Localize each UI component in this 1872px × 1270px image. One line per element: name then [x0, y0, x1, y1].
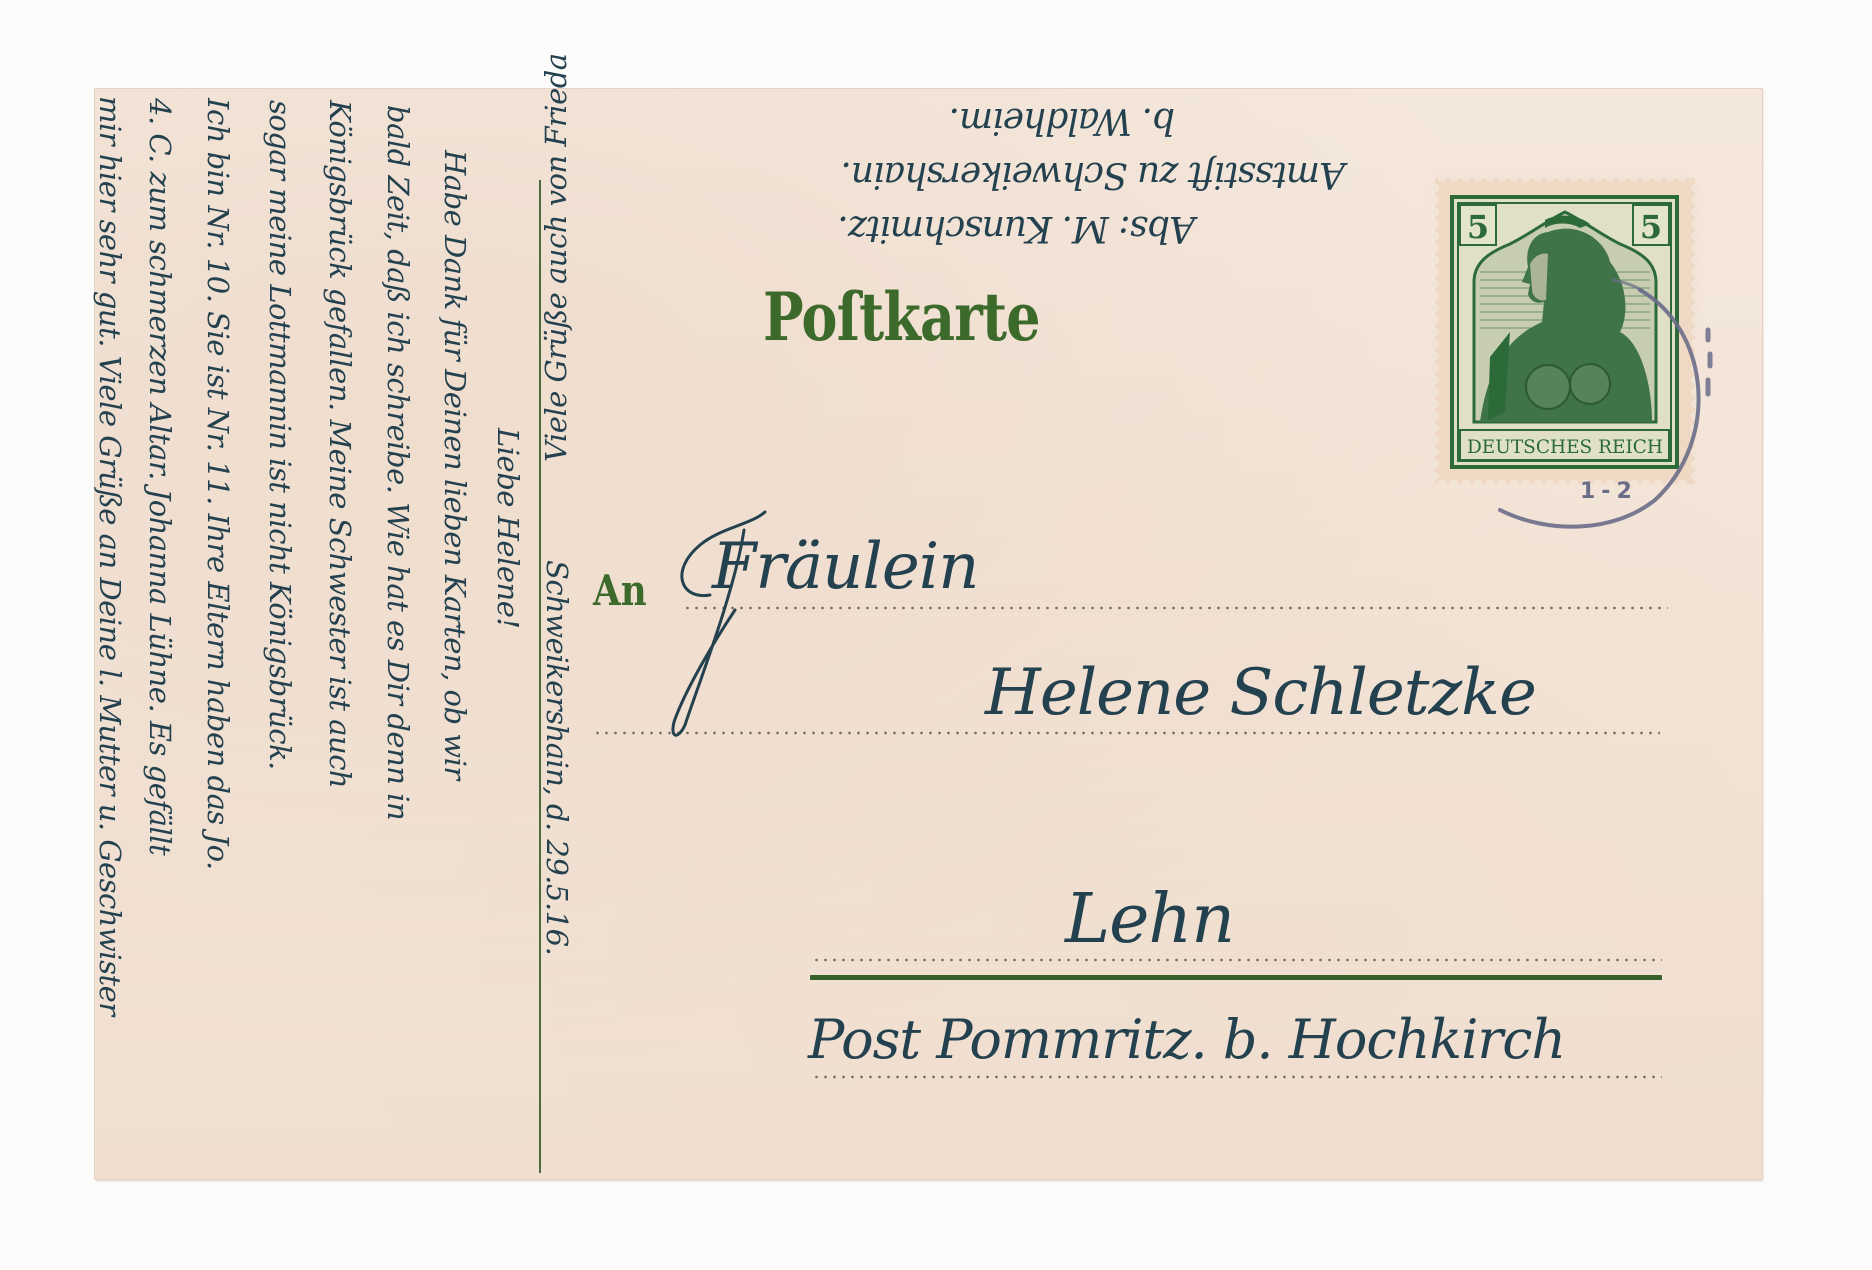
message-line: Habe Dank für Deinen lieben Karten, ob w… — [438, 150, 472, 780]
message-line: Ich bin Nr. 10. Sie ist Nr. 11. Ihre Elt… — [201, 98, 235, 870]
address-line-4 — [812, 1075, 1662, 1079]
message-dateline: Schweikershain, d. 29.5.16. — [540, 560, 574, 955]
address-town: Lehn — [1065, 880, 1234, 959]
sender-line: b. Waldheim. — [950, 100, 1175, 141]
address-name: Helene Schletzke — [985, 656, 1536, 730]
message-line: Königsbrück gefallen. Meine Schwester is… — [323, 100, 357, 788]
stamp-value-left: 5 — [1467, 208, 1489, 246]
message-line: sogar meine Lottmannin ist nicht Königsb… — [263, 100, 297, 770]
sender-note: Abs: M. Kunschmitz. Amtsstift zu Schweik… — [680, 85, 1345, 247]
message-divider — [539, 180, 541, 1173]
address-post-office: Post Pommritz. b. Hochkirch — [808, 1008, 1565, 1071]
address-prefix: An — [593, 566, 647, 615]
sender-line: Amtsstift zu Schweikershain. — [841, 154, 1345, 195]
message-line: 4. C. zum schmerzen Altar. Johanna Lühne… — [143, 98, 177, 855]
sender-line: Abs: M. Kunschmitz. — [838, 208, 1195, 249]
stamp-country: DEUTSCHES REICH — [1467, 436, 1663, 458]
message-postscript: Viele Grüße auch von Frieda — [539, 53, 573, 462]
message-line: mir hier sehr gut. Viele Grüße an Deine … — [93, 96, 127, 1016]
stamp-value-right: 5 — [1640, 208, 1662, 246]
postage-stamp: 5 5 DEUTSCHES REICH — [1430, 172, 1700, 490]
postcard-title: Poſtkarte — [763, 278, 1040, 356]
address-line-1 — [683, 606, 1668, 610]
address-line-3 — [812, 958, 1662, 962]
address-salutation: Fräulein — [712, 530, 978, 604]
message-greeting: Liebe Helene! — [491, 428, 525, 629]
message-line: bald Zeit, daß ich schreibe. Wie hat es … — [381, 105, 415, 820]
town-underline — [810, 975, 1662, 980]
